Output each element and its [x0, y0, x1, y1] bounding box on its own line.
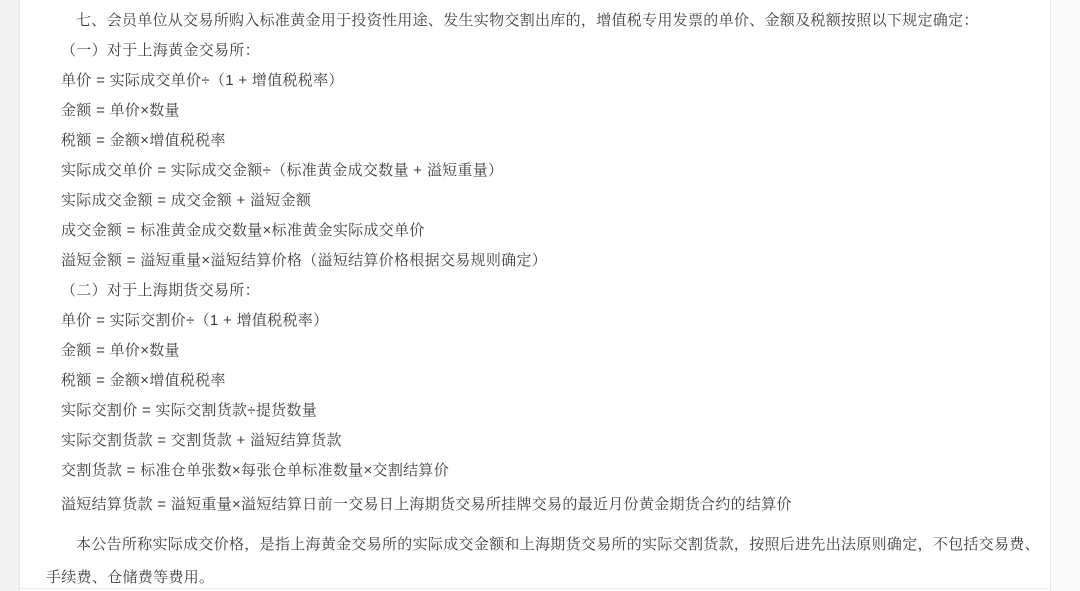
formula-line-unit-price-sge: 单价 = 实际成交单价÷（1 + 增值税税率）	[46, 66, 1042, 96]
formula-line-tax-sge: 税额 = 金额×增值税税率	[46, 126, 1042, 156]
formula-line-deal-amount: 成交金额 = 标准黄金成交数量×标准黄金实际成交单价	[46, 216, 1042, 246]
closing-paragraph: 本公告所称实际成交价格，是指上海黄金交易所的实际成交金额和上海期货交易所的实际交…	[46, 528, 1042, 585]
article-content: 七、会员单位从交易所购入标准黄金用于投资性用途、发生实物交割出库的，增值税专用发…	[20, 0, 1050, 585]
formula-line-actual-delivery-payment: 实际交割货款 = 交割货款 + 溢短结算货款	[46, 426, 1042, 456]
scrollbar-track[interactable]	[1051, 0, 1080, 591]
page-margin-left	[0, 0, 19, 591]
formula-line-actual-deal-unit-price: 实际成交单价 = 实际成交金额÷（标准黄金成交数量 + 溢短重量）	[46, 156, 1042, 186]
formula-line-overage-settlement-payment: 溢短结算货款 = 溢短重量×溢短结算日前一交易日上海期货交易所挂牌交易的最近月份…	[46, 490, 1042, 520]
formula-line-delivery-payment: 交割货款 = 标准仓单张数×每张仓单标准数量×交割结算价	[46, 456, 1042, 486]
article-page: 七、会员单位从交易所购入标准黄金用于投资性用途、发生实物交割出库的，增值税专用发…	[19, 0, 1051, 591]
panel-bottom-divider	[20, 588, 1050, 589]
formula-line-amount-sge: 金额 = 单价×数量	[46, 96, 1042, 126]
clause-seven-paragraph: 七、会员单位从交易所购入标准黄金用于投资性用途、发生实物交割出库的，增值税专用发…	[46, 6, 1042, 36]
formula-line-overage-amount: 溢短金额 = 溢短重量×溢短结算价格（溢短结算价格根据交易规则确定）	[46, 246, 1042, 276]
section-two-heading: （二）对于上海期货交易所：	[46, 276, 1042, 306]
formula-line-amount-shfe: 金额 = 单价×数量	[46, 336, 1042, 366]
section-one-heading: （一）对于上海黄金交易所：	[46, 36, 1042, 66]
formula-line-tax-shfe: 税额 = 金额×增值税税率	[46, 366, 1042, 396]
formula-line-unit-price-shfe: 单价 = 实际交割价÷（1 + 增值税税率）	[46, 306, 1042, 336]
formula-line-actual-delivery-price: 实际交割价 = 实际交割货款÷提货数量	[46, 396, 1042, 426]
formula-line-actual-deal-amount: 实际成交金额 = 成交金额 + 溢短金额	[46, 186, 1042, 216]
